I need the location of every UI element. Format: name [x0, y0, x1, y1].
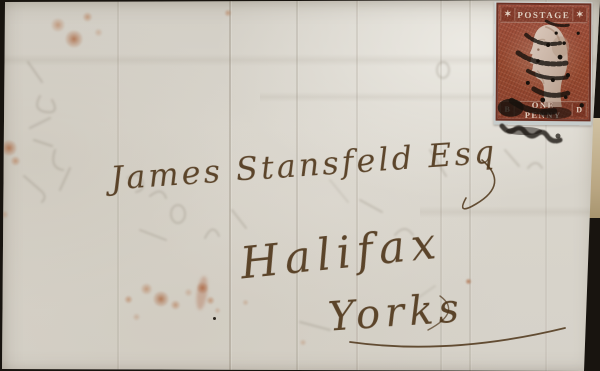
postmark-cancellation: [498, 5, 594, 124]
photo-postal-cover: James Stansfeld Esq Halifax Yorks ✶ POST…: [0, 0, 600, 371]
penny-red-stamp: ✶ POSTAGE ✶ B: [496, 3, 592, 122]
stamp-body: ✶ POSTAGE ✶ B: [496, 3, 592, 122]
address-line-county: Yorks: [327, 285, 466, 340]
cancellation-smudge: [494, 118, 574, 148]
